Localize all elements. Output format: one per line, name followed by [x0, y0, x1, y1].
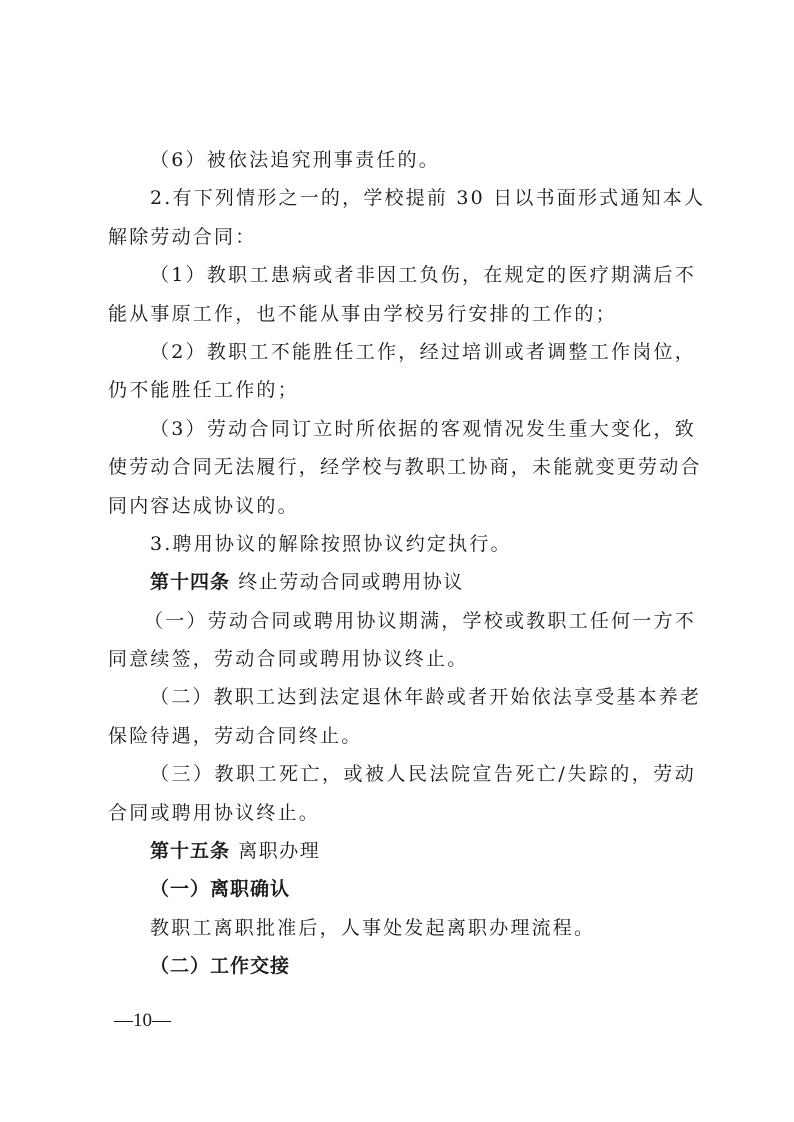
paragraph-line: （3）劳动合同订立时所依据的客观情况发生重大变化，致: [108, 410, 696, 448]
article-14-title: 终止劳动合同或聘用协议: [238, 571, 464, 593]
paragraph-line: 合同或聘用协议终止。: [108, 794, 698, 832]
paragraph-line: （二）教职工达到法定退休年龄或者开始依法享受基本养老: [108, 678, 696, 716]
paragraph-line: 能从事原工作，也不能从事由学校另行安排的工作的；: [108, 295, 698, 333]
paragraph-line: 解除劳动合同：: [108, 218, 698, 256]
article-15-heading: 第十五条 离职办理: [108, 832, 698, 870]
paragraph-line: （6）被依法追究刑事责任的。: [108, 141, 698, 179]
paragraph-line: （三）教职工死亡，或被人民法院宣告死亡/失踪的，劳动: [108, 755, 696, 793]
paragraph-line: （2）教职工不能胜任工作，经过培训或者调整工作岗位，: [108, 333, 696, 371]
paragraph-line: 保险待遇，劳动合同终止。: [108, 717, 698, 755]
article-15-label: 第十五条: [150, 840, 230, 862]
paragraph-line: 3.聘用协议的解除按照协议约定执行。: [108, 525, 698, 563]
paragraph-line: 同意续签，劳动合同或聘用协议终止。: [108, 640, 698, 678]
subheading-resignation-confirmation: （一）离职确认: [108, 870, 698, 908]
article-14-heading: 第十四条 终止劳动合同或聘用协议: [108, 563, 698, 601]
page-number: —10—: [114, 1010, 171, 1032]
document-page: （6）被依法追究刑事责任的。 2.有下列情形之一的，学校提前 30 日以书面形式…: [108, 141, 698, 986]
paragraph-line: 教职工离职批准后，人事处发起离职办理流程。: [108, 909, 698, 947]
paragraph-line: （一）劳动合同或聘用协议期满，学校或教职工任何一方不: [108, 602, 696, 640]
paragraph-line: 同内容达成协议的。: [108, 487, 698, 525]
article-14-label: 第十四条: [150, 571, 230, 593]
paragraph-line: 使劳动合同无法履行，经学校与教职工协商，未能就变更劳动合: [108, 448, 696, 486]
article-15-title: 离职办理: [238, 840, 320, 862]
subheading-work-handover: （二）工作交接: [108, 947, 698, 985]
paragraph-line: 2.有下列情形之一的，学校提前 30 日以书面形式通知本人: [108, 179, 696, 217]
paragraph-line: 仍不能胜任工作的；: [108, 371, 698, 409]
paragraph-line: （1）教职工患病或者非因工负伤，在规定的医疗期满后不: [108, 256, 696, 294]
